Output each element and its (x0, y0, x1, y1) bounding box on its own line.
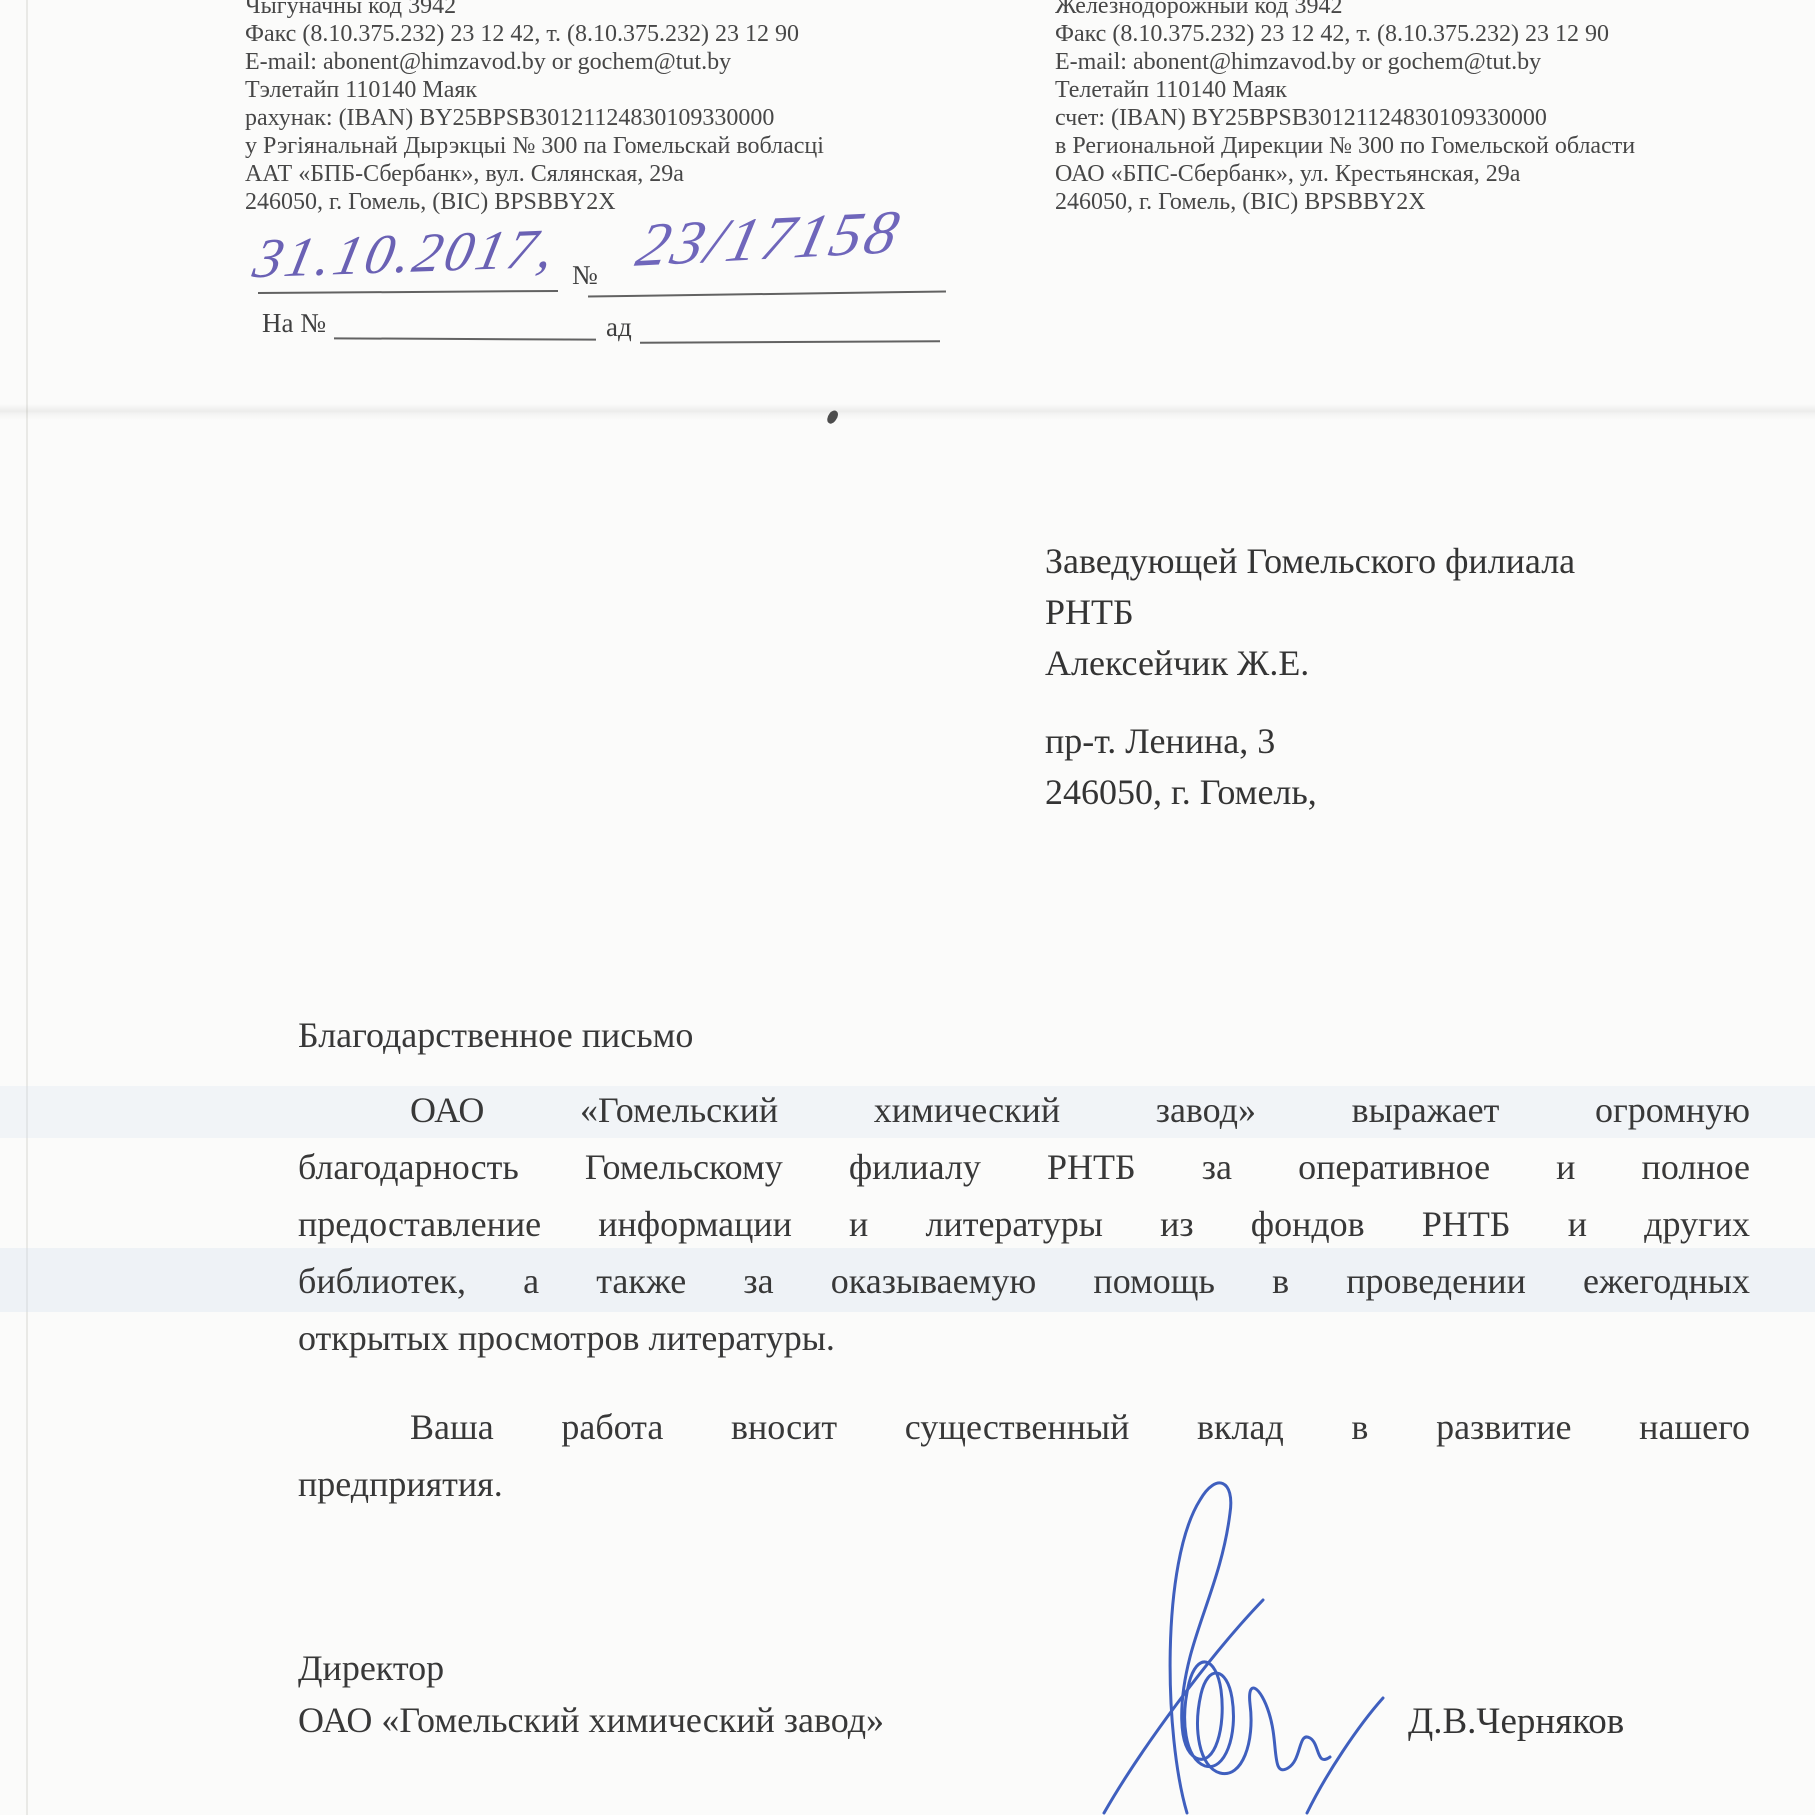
letterhead-line: Факс (8.10.375.232) 23 12 42, т. (8.10.3… (1055, 20, 1635, 48)
reply-date-label: ад (606, 312, 632, 343)
scanned-letter-page: Чыгуначны код 3942 Факс (8.10.375.232) 2… (0, 0, 1815, 1815)
body-line: Ваша работа вносит существенный вклад в … (298, 1399, 1750, 1456)
letterhead-line: 246050, г. Гомель, (BIC) BPSBBY2X (1055, 188, 1635, 216)
recipient-block: Заведующей Гомельского филиала РНТБ Алек… (1045, 536, 1575, 818)
recipient-line: РНТБ (1045, 587, 1575, 638)
number-sign-label: № (572, 260, 598, 291)
signature-block: Директор ОАО «Гомельский химический заво… (298, 1642, 884, 1746)
letterhead-line: счет: (IBAN) BY25BPSB3012112483010933000… (1055, 104, 1635, 132)
handwritten-outgoing-number: 23/17158 (630, 197, 908, 281)
paper-fold-crease (0, 404, 1815, 420)
letterhead-line: E-mail: abonent@himzavod.by or gochem@tu… (1055, 48, 1635, 76)
letterhead-right: Железнодорожный код 3942 Факс (8.10.375.… (1055, 0, 1635, 216)
recipient-line: Заведующей Гомельского филиала (1045, 536, 1575, 587)
body-line: открытых просмотров литературы. (298, 1310, 1750, 1367)
recipient-address-line: 246050, г. Гомель, (1045, 767, 1575, 818)
date-underline (258, 290, 558, 294)
letterhead-line: ААТ «БПБ-Сбербанк», вул. Сялянская, 29а (245, 160, 824, 188)
body-line: предоставление информации и литературы и… (298, 1196, 1750, 1253)
letterhead-left: Чыгуначны код 3942 Факс (8.10.375.232) 2… (245, 0, 824, 216)
body-line: ОАО «Гомельский химический завод» выража… (298, 1082, 1750, 1139)
letterhead-line: у Рэгіянальнай Дырэкцыі № 300 па Гомельс… (245, 132, 824, 160)
letterhead-line: Тэлетайп 110140 Маяк (245, 76, 824, 104)
handwritten-date: 31.10.2017, (248, 217, 563, 291)
signatory-position: Директор (298, 1642, 884, 1694)
letter-title: Благодарственное письмо (298, 1014, 693, 1056)
scanner-edge-line (26, 0, 28, 1815)
signatory-name: Д.В.Черняков (1408, 1700, 1624, 1743)
letterhead-line: Факс (8.10.375.232) 23 12 42, т. (8.10.3… (245, 20, 824, 48)
body-line: библиотек, а также за оказываемую помощь… (298, 1253, 1750, 1310)
letterhead-line: Железнодорожный код 3942 (1055, 0, 1635, 20)
signature-stroke-main (1170, 1483, 1330, 1813)
letterhead-line: ОАО «БПС-Сбербанк», ул. Крестьянская, 29… (1055, 160, 1635, 188)
recipient-address-line: пр-т. Ленина, 3 (1045, 716, 1575, 767)
letterhead-line: Телетайп 110140 Маяк (1055, 76, 1635, 104)
handwritten-signature (1060, 1450, 1440, 1815)
reply-number-underline (334, 337, 596, 340)
signatory-company: ОАО «Гомельский химический завод» (298, 1694, 884, 1746)
reply-date-underline (640, 340, 940, 344)
letterhead-line: в Региональной Дирекции № 300 по Гомельс… (1055, 132, 1635, 160)
body-line: благодарность Гомельскому филиалу РНТБ з… (298, 1139, 1750, 1196)
body-paragraph-2: Ваша работа вносит существенный вклад в … (298, 1399, 1750, 1513)
recipient-line: Алексейчик Ж.Е. (1045, 638, 1575, 689)
reply-number-label: На № (262, 308, 326, 339)
letterhead-line: E-mail: abonent@himzavod.by or gochem@tu… (245, 48, 824, 76)
number-underline (588, 291, 946, 298)
body-paragraph-1: ОАО «Гомельский химический завод» выража… (298, 1082, 1750, 1367)
body-line: предприятия. (298, 1456, 1750, 1513)
signature-stroke-slash-left (1104, 1600, 1263, 1813)
letterhead-line: Чыгуначны код 3942 (245, 0, 824, 20)
letterhead-line: рахунак: (IBAN) BY25BPSB3012112483010933… (245, 104, 824, 132)
